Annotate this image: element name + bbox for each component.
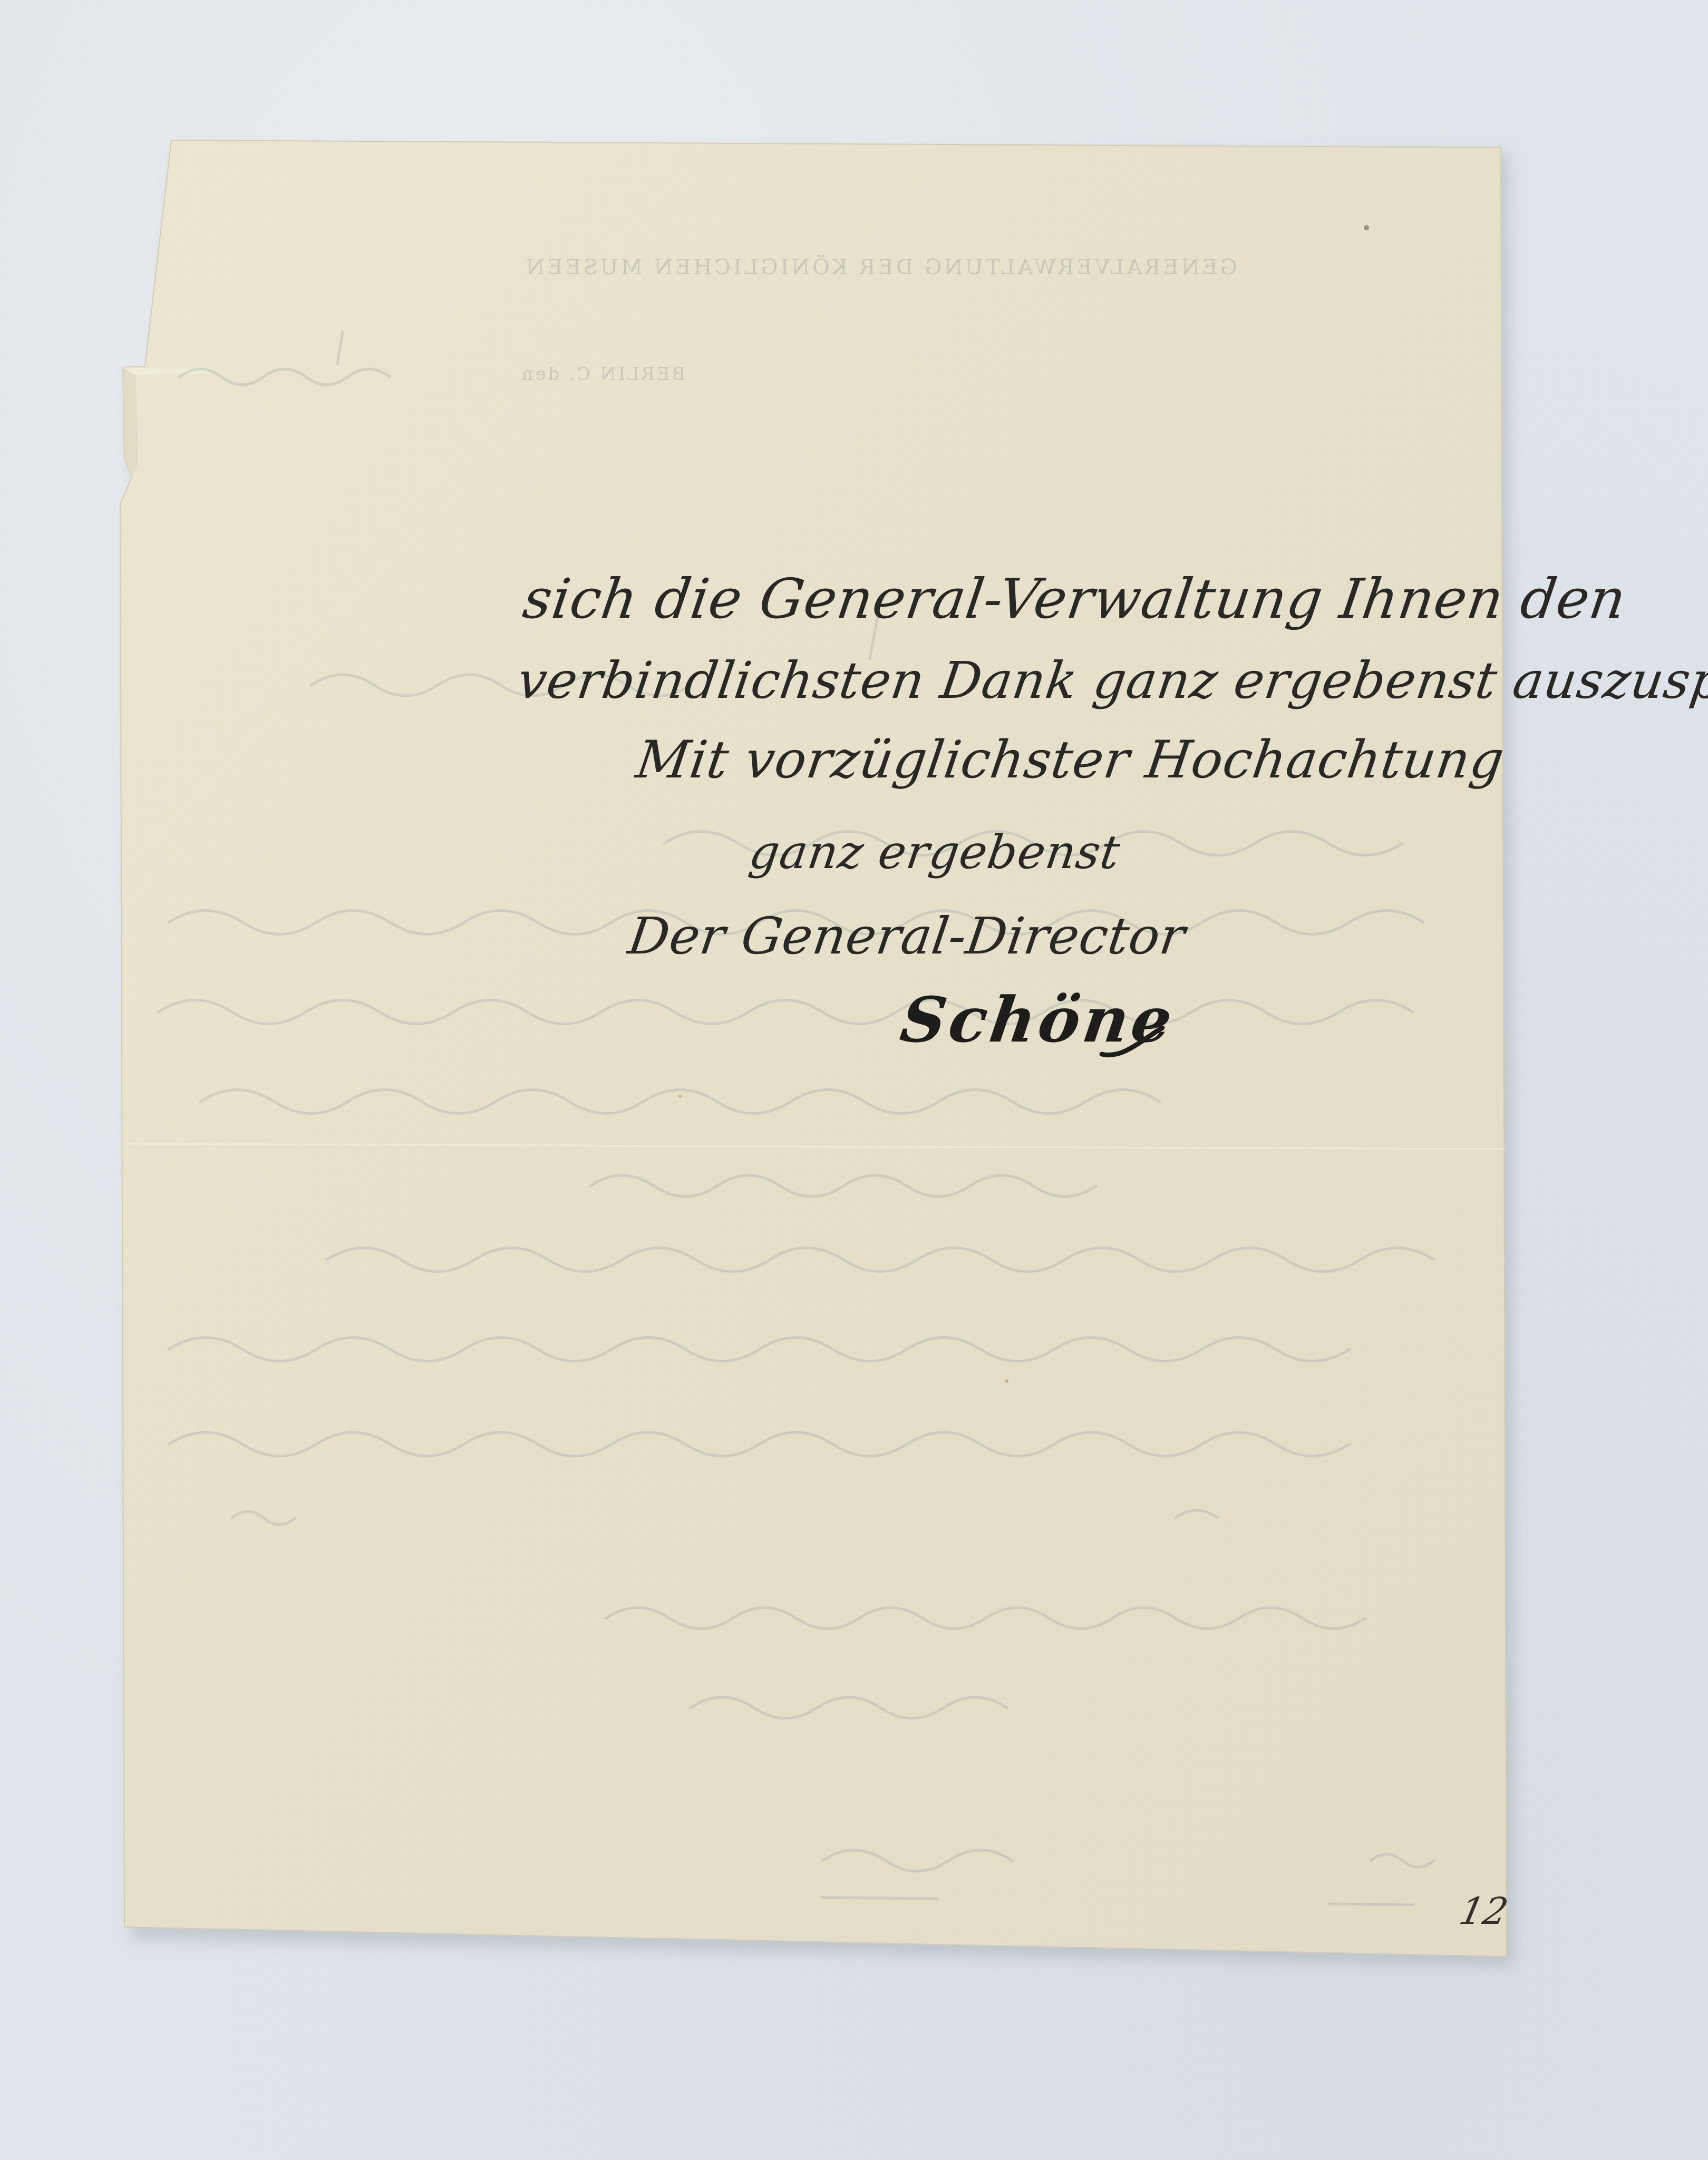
bleed-through-letterhead: GENERALVERWALTUNG DER KÖNIGLICHEN MUSEEN (380, 255, 1381, 279)
folio-number: 12 (1455, 1890, 1512, 1933)
paper-outline (120, 140, 1507, 1957)
closing-salutation: Mit vorzüglichster Hochachtung (633, 730, 1508, 790)
letter-line-2: verbindlichsten Dank ganz ergebenst ausz… (514, 651, 1708, 710)
letter-sheet (0, 0, 1708, 2160)
letter-line-1: sich die General-Verwaltung Ihnen den (519, 567, 1630, 631)
bleed-through-dateline: BERLIN C. den (369, 364, 685, 385)
closing-phrase: ganz ergebenst (746, 825, 1123, 879)
signatory-title: Der General-Director (625, 907, 1189, 966)
signature: Schöne (896, 983, 1180, 1056)
